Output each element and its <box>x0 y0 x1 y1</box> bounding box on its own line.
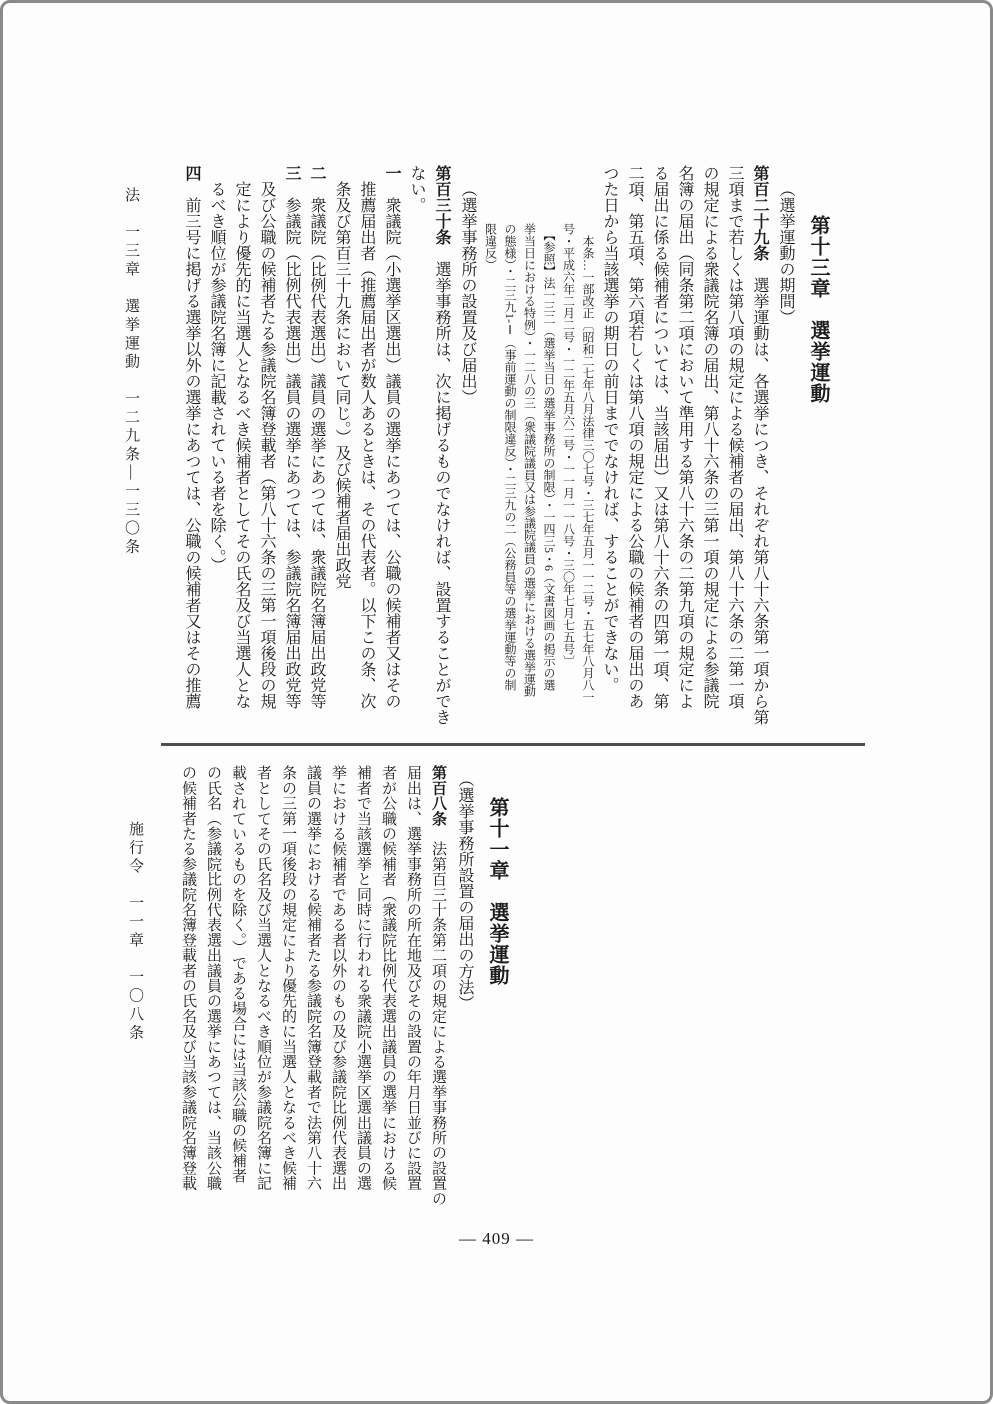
section-divider <box>161 743 865 746</box>
article-129-title: （選挙運動の期間） <box>772 165 798 745</box>
article-130-column: 定により優先的に当選人となるべき候補者としてその氏名及び当選人とな <box>229 165 254 745</box>
article-number: 三 <box>283 165 300 181</box>
article-129-column: 三項まで若しくは第八項の規定による候補者の届出、第八十六条の二第一項 <box>722 165 747 745</box>
reference-note-column: 挙当日における特例）・一二八の三（衆議院議員又は参議院議員の選挙における選挙運動 <box>519 165 539 745</box>
article-108-column: 者が公職の候補者（衆議院比例代表選出議員の選挙における候 <box>375 765 400 1220</box>
article-130-column: 一 衆議院（小選挙区選出）議員の選挙にあつては、公職の候補者又はその <box>379 165 404 745</box>
article-108-column: 第百八条 法第百三十条第二項の規定による選挙事務所の設置の <box>425 765 451 1220</box>
amendment-note-column: 号・平成六年二月二号・一二年五月六二号・一一月一一八号・三〇年七月七五号〕 <box>558 165 578 745</box>
article-108-column: 載されているものを除く。）である場合には当該公職の候補者 <box>225 765 250 1220</box>
article-number: 四 <box>183 165 200 181</box>
book-page: 法 一三章 選挙運動 一二九条―一三〇条 第十三章 選挙運動 （選挙運動の期間）… <box>0 0 993 1404</box>
reference-note-column: の態様）・二三九1-Ⅰ（事前運動の制限違反）・二三九の二（公務員等の選挙運動等の… <box>500 165 520 745</box>
law-section: 第十三章 選挙運動 （選挙運動の期間） 第百二十九条 選挙運動は、各選挙につき、… <box>179 165 838 745</box>
article-number: 一 <box>383 165 400 181</box>
article-108-column: 条の三第一項後段の規定により優先的に当選人となるべき候補 <box>275 765 300 1220</box>
article-130-column: 及び公職の候補者たる参議院名簿登載者（第八十六条の三第一項後段の規 <box>254 165 279 745</box>
article-129-column: 名簿の届出（同条第二項において準用する第八十六条の二第九項の規定によ <box>672 165 697 745</box>
article-108-column: 挙における候補者である者以外のもの及び参議院比例代表選出 <box>325 765 350 1220</box>
article-130-column: 第百三十条 選挙事務所は、次に掲げるものでなければ、設置することができ <box>429 165 454 745</box>
article-130-title: （選挙事務所の設置及び届出） <box>454 165 480 745</box>
margin-label-order: 施行令 一一章 一〇八条 <box>125 821 146 1043</box>
article-number: 第百三十条 <box>433 165 450 245</box>
article-130-column: 推薦届出者（推薦届出者が数人あるときは、その代表者。以下この条、次 <box>354 165 379 745</box>
article-129-column: つた日から当該選挙の期日の前日まででなければ、することができない。 <box>597 165 622 745</box>
reference-note-column: 限違反） <box>480 165 500 745</box>
chapter-11-heading: 第十一章 選挙運動 <box>477 765 517 1220</box>
article-number: 第百二十九条 <box>751 165 768 261</box>
margin-label-law: 法 一三章 選挙運動 一二九条―一三〇条 <box>121 187 142 557</box>
article-108-column: 届出は、選挙事務所の所在地及びその設置の年月日並びに設置 <box>400 765 425 1220</box>
amendment-note-column: 本条…一部改正〔昭和二七年八月法律三〇七号・三七年五月一一二号・五七年八月八一 <box>578 165 598 745</box>
reference-note-column: 【参照】法一三二（選挙当日の選挙事務所の制限）・一四三5・6（文書図画の掲示の選 <box>539 165 559 745</box>
article-108-column: 補者で当該選挙と同時に行われる衆議院小選挙区選出議員の選 <box>350 765 375 1220</box>
article-108-column: 者としてその氏名及び当選人となるべき順位が参議院名簿に記 <box>250 765 275 1220</box>
page-number: — 409 — <box>3 1229 990 1249</box>
article-130-column: 四 前三号に掲げる選挙以外の選挙にあつては、公職の候補者又はその推薦 <box>179 165 204 745</box>
article-130-column: 三 参議院（比例代表選出）議員の選挙にあつては、参議院名簿届出政党等 <box>279 165 304 745</box>
article-number: 二 <box>308 165 325 181</box>
article-108-title: （選挙事務所設置の届出の方法） <box>451 765 477 1220</box>
article-130-column: 二 衆議院（比例代表選出）議員の選挙にあつては、衆議院名簿届出政党等 <box>304 165 329 745</box>
article-130-column: るべき順位が参議院名簿に記載されている者を除く。） <box>204 165 229 745</box>
article-108-column: 議員の選挙における候補者たる参議院名簿登載者で法第八十六 <box>300 765 325 1220</box>
article-130-column: 条及び第百三十九条において同じ。）及び候補者届出政党 <box>329 165 354 745</box>
article-130-column: ない。 <box>404 165 429 745</box>
article-129-column: る届出に係る候補者については、当該届出）又は第八十六条の四第一項、第 <box>647 165 672 745</box>
article-108-column: の候補者たる参議院名簿登載者の氏名及び当該参議院名簿登載 <box>175 765 200 1220</box>
article-129-column: 二項、第五項、第六項若しくは第八項の規定による公職の候補者の届出のあ <box>622 165 647 745</box>
article-number: 第百八条 <box>430 765 447 826</box>
chapter-13-heading: 第十三章 選挙運動 <box>798 165 838 745</box>
article-129-column: の規定による衆議院名簿の届出、第八十六条の三第一項の規定による参議院 <box>697 165 722 745</box>
article-129-column: 第百二十九条 選挙運動は、各選挙につき、それぞれ第八十六条第一項から第 <box>747 165 772 745</box>
order-section: 第十一章 選挙運動 （選挙事務所設置の届出の方法） 第百八条 法第百三十条第二項… <box>175 765 517 1220</box>
article-108-column: の氏名（参議院比例代表選出議員の選挙にあつては、当該公職 <box>200 765 225 1220</box>
